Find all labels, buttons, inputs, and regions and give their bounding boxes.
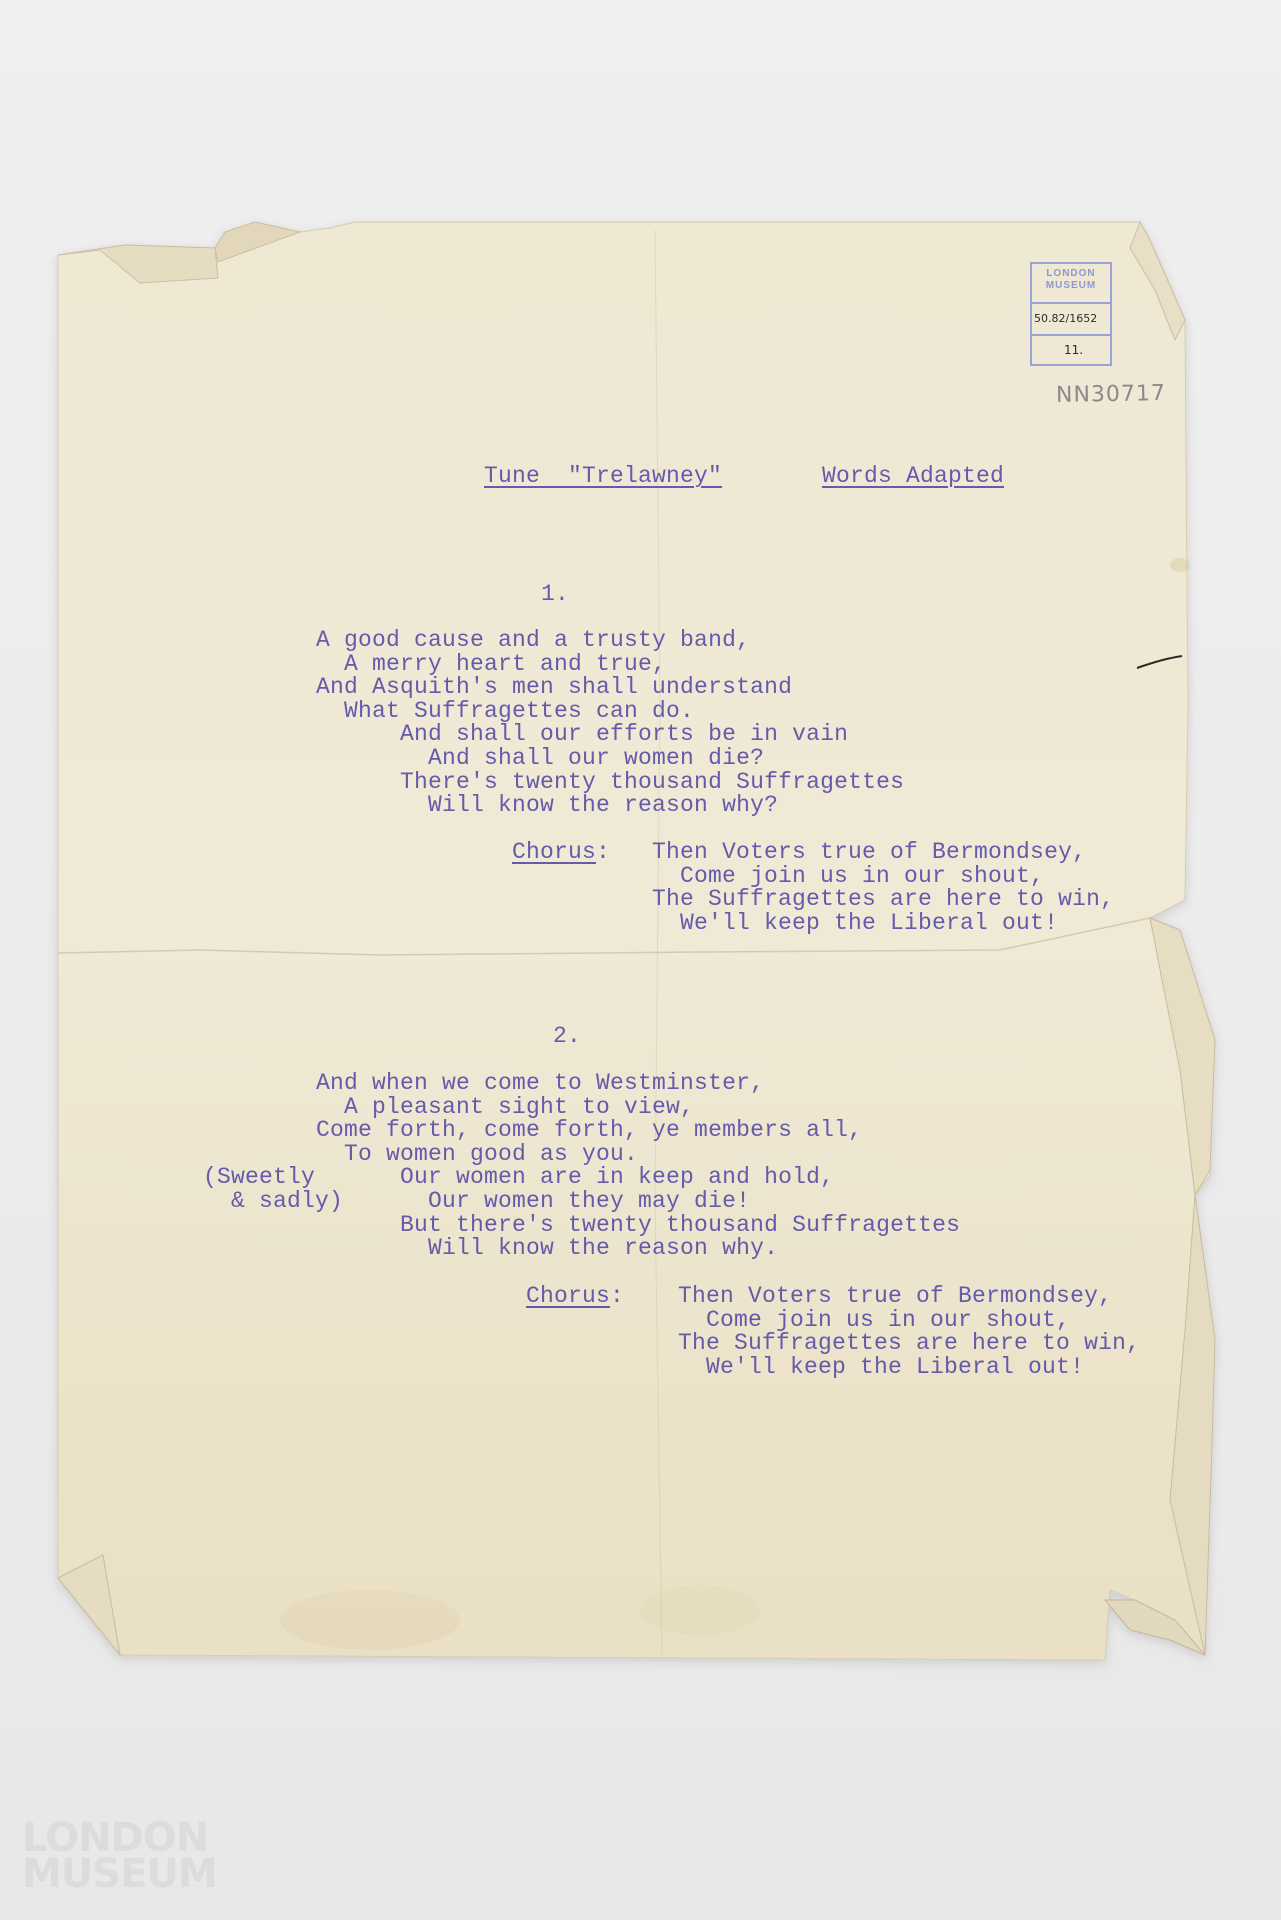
verse-line: Will know the reason why. xyxy=(316,1237,778,1261)
tune-heading: Tune "Trelawney" xyxy=(484,465,722,489)
chorus-line: Come join us in our shout, xyxy=(652,865,1044,889)
stamp-line-2: MUSEUM xyxy=(1032,280,1110,292)
accession-number: 50.82/1652 xyxy=(1034,312,1097,325)
verse-line: There's twenty thousand Suffragettes xyxy=(316,771,904,795)
museum-watermark-logo: LONDON MUSEUM xyxy=(22,1820,217,1892)
chorus-line: Then Voters true of Bermondsey, xyxy=(652,841,1086,865)
verse-line: A merry heart and true, xyxy=(316,653,666,677)
chorus-label: Chorus: xyxy=(526,1285,624,1309)
verse-line: A pleasant sight to view, xyxy=(316,1096,694,1120)
verse-line: And Asquith's men shall understand xyxy=(316,676,792,700)
verse-line: And shall our efforts be in vain xyxy=(316,723,848,747)
item-number: 11. xyxy=(1064,343,1083,357)
stamp-line-1: LONDON xyxy=(1032,268,1110,280)
verse-line: A good cause and a trusty band, xyxy=(316,629,750,653)
chorus-line: The Suffragettes are here to win, xyxy=(652,888,1114,912)
chorus-line: Then Voters true of Bermondsey, xyxy=(678,1285,1112,1309)
verse-line: Will know the reason why? xyxy=(316,794,778,818)
verse-line: Our women are in keep and hold, xyxy=(316,1166,834,1190)
chorus-label: Chorus: xyxy=(512,841,610,865)
verse-line: What Suffragettes can do. xyxy=(316,700,694,724)
watermark-line-2: MUSEUM xyxy=(22,1856,217,1892)
chorus-line: The Suffragettes are here to win, xyxy=(678,1332,1140,1356)
margin-note-line: & sadly) xyxy=(203,1190,343,1214)
verse-1-number: 1. xyxy=(541,583,569,607)
chorus-line: We'll keep the Liberal out! xyxy=(678,1356,1084,1380)
chorus-line: We'll keep the Liberal out! xyxy=(652,912,1058,936)
verse-line: Our women they may die! xyxy=(316,1190,750,1214)
verse-line: But there's twenty thousand Suffragettes xyxy=(316,1214,960,1238)
chorus-line: Come join us in our shout, xyxy=(678,1309,1070,1333)
museum-stamp: LONDON MUSEUM 50.82/1652 11. xyxy=(1030,262,1112,366)
words-heading: Words Adapted xyxy=(822,465,1004,489)
verse-line: Come forth, come forth, ye members all, xyxy=(316,1119,862,1143)
verse-2-number: 2. xyxy=(553,1025,581,1049)
margin-note-line: (Sweetly xyxy=(203,1166,315,1190)
verse-line: And shall our women die? xyxy=(316,747,764,771)
verse-line: And when we come to Westminster, xyxy=(316,1072,764,1096)
verse-line: To women good as you. xyxy=(316,1143,638,1167)
pencil-reference-number: NN30717 xyxy=(1056,381,1166,408)
